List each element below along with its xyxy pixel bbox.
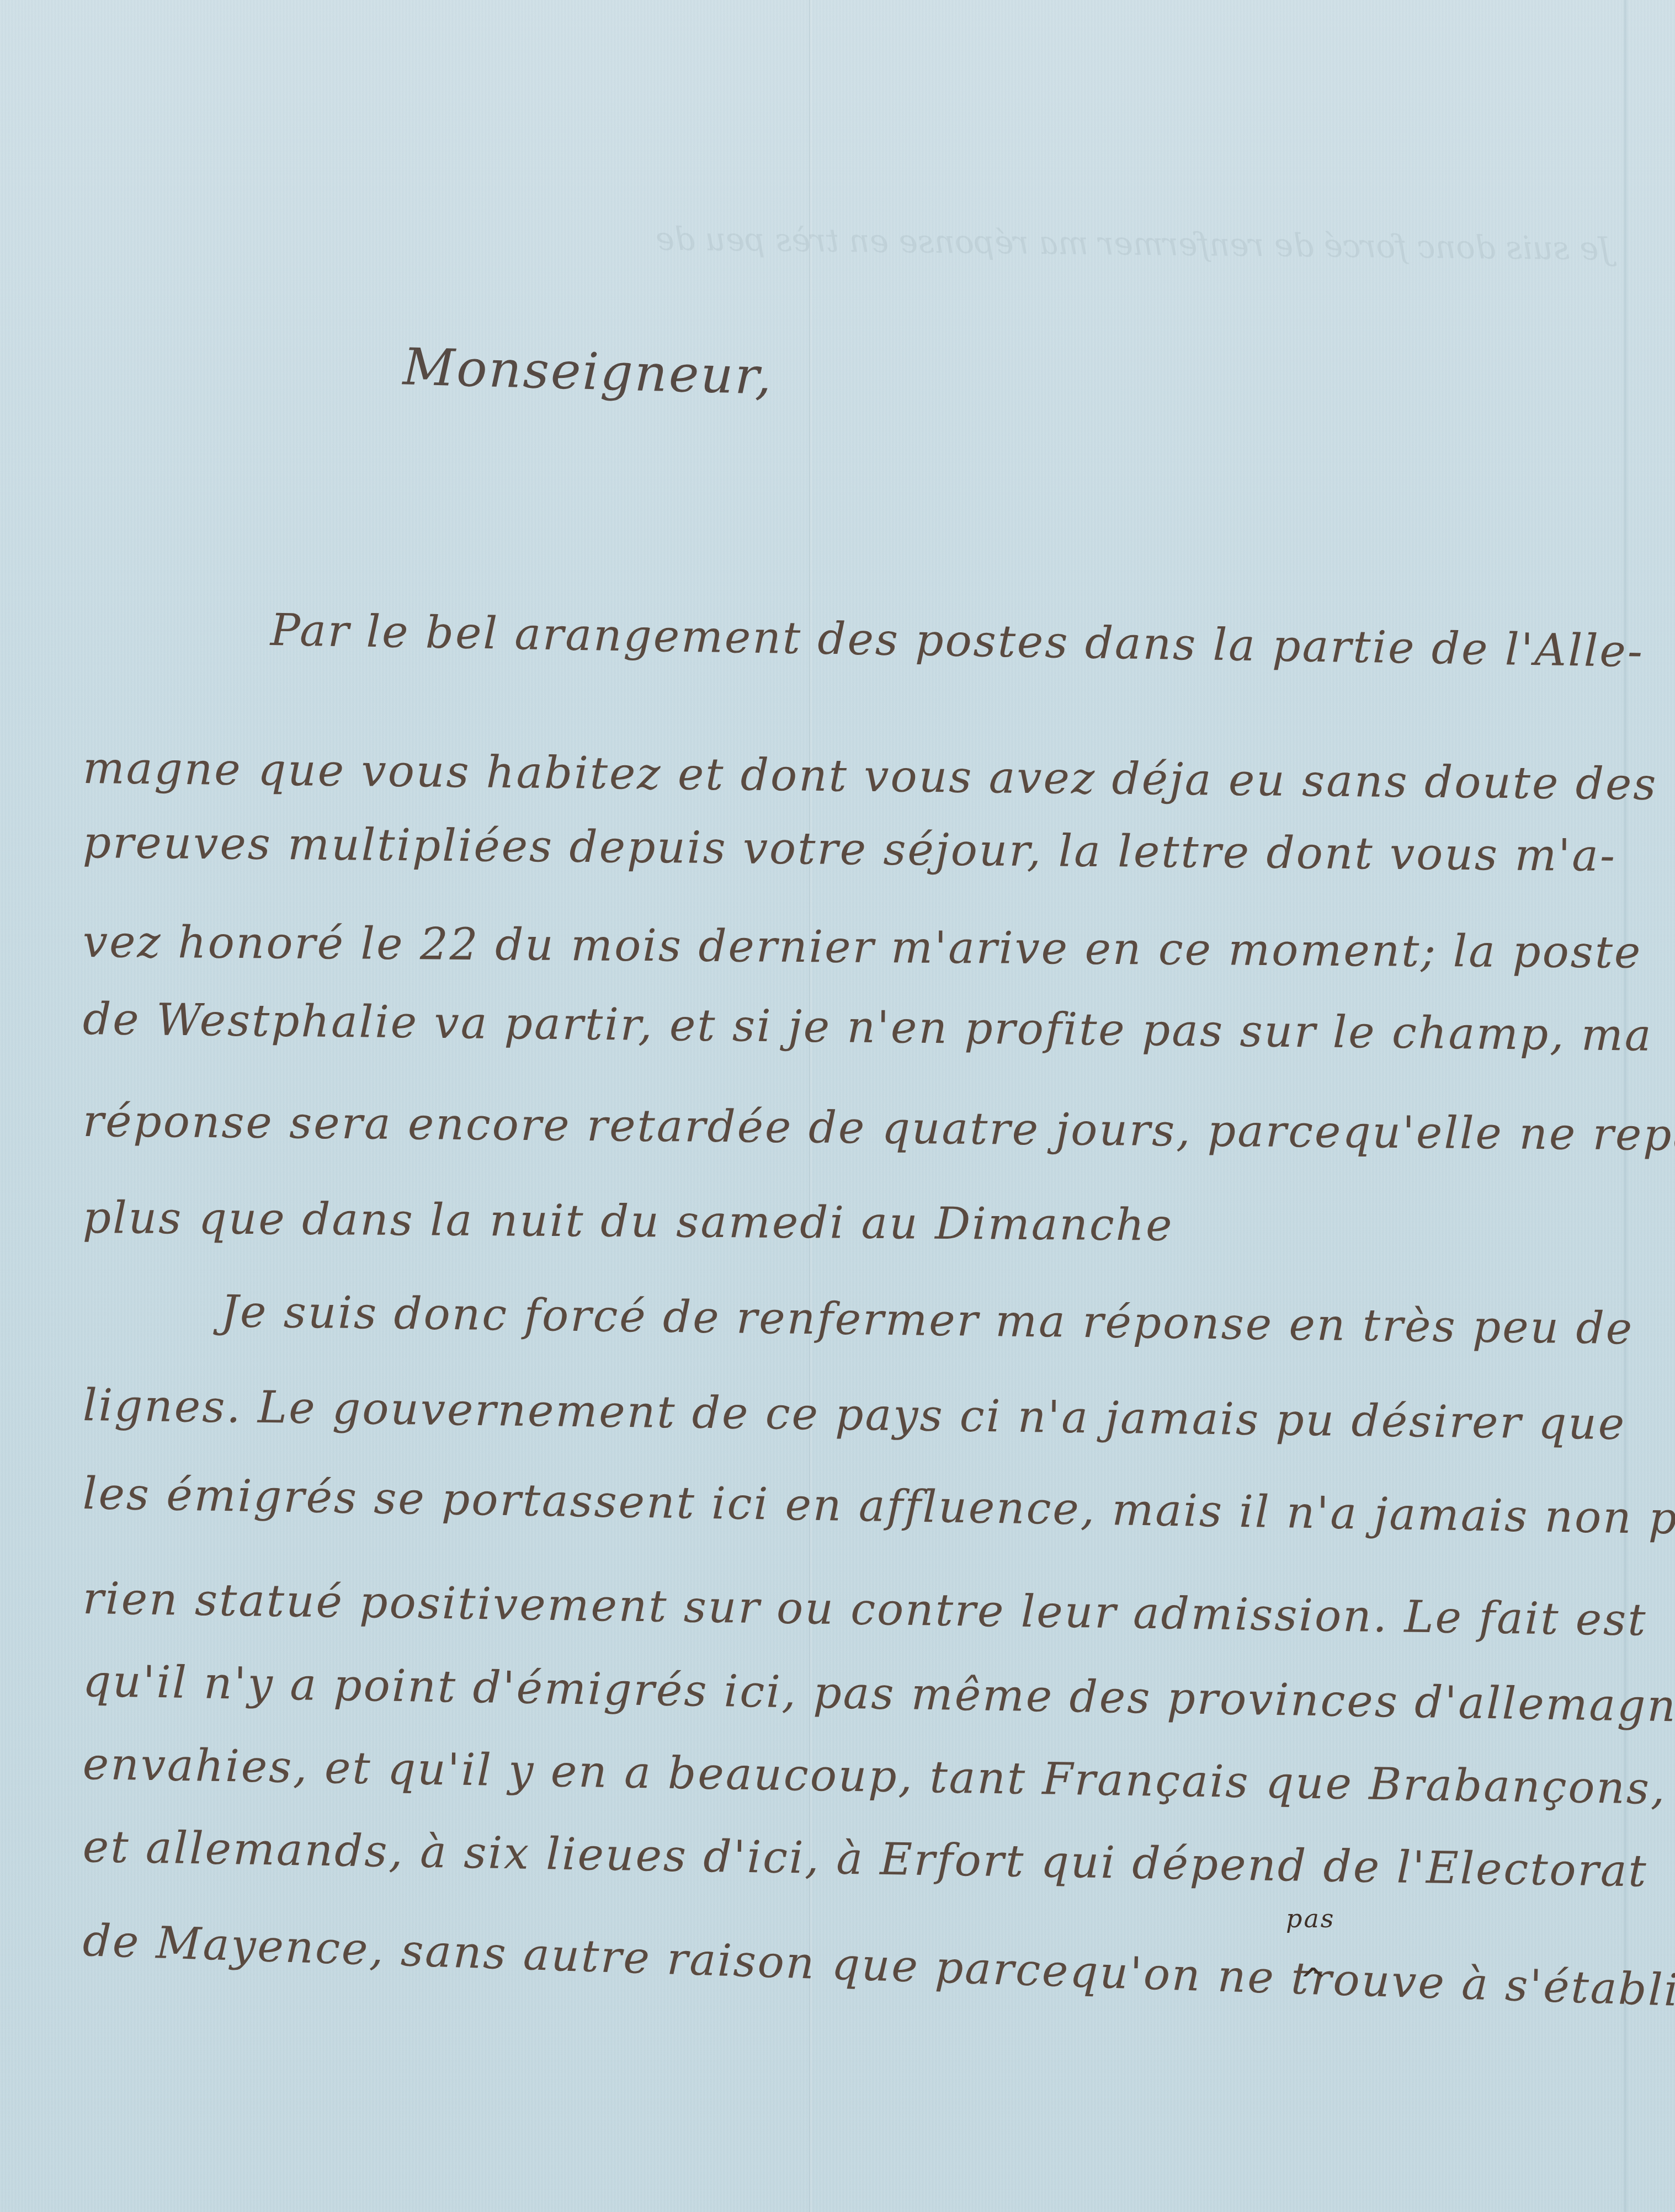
letter-line: réponse sera encore retardée de quatre j… [83,1095,1675,1161]
letter-line: plus que dans la nuit du samedi au Diman… [83,1192,1174,1251]
letter-line: rien statué positivement sur ou contre l… [82,1573,1647,1646]
bleed-through-text: Je suis donc forcé de renfermer ma répon… [66,201,1612,279]
letter-line: Je suis donc forcé de renfermer ma répon… [220,1286,1634,1354]
letter-line: envahies, et qu'il y en a beaucoup, tant… [82,1738,1675,1817]
interlinear-insertion: pas [1286,1904,1335,1933]
letter-line: lignes. Le gouvernement de ce pays ci n'… [82,1379,1626,1449]
letter-page: Je suis donc forcé de renfermer ma répon… [0,0,1675,2212]
letter-line: et allemands, à six lieues d'ici, à Erfo… [82,1821,1648,1897]
letter-line: magne que vous habitez et dont vous avez… [83,742,1658,810]
letter-line: de Westphalie va partir, et si je n'en p… [83,993,1653,1061]
letter-line: Par le bel arangement des postes dans la… [270,604,1644,677]
insertion-caret-icon: ^ [1300,1962,1328,1999]
letter-line: les émigrés se portassent ici en affluen… [82,1468,1675,1545]
salutation: Monseigneur, [402,337,774,406]
letter-line: de Mayence, sans autre raison que parceq… [82,1915,1675,2017]
letter-line: qu'il n'y a point d'émigrés ici, pas mêm… [82,1655,1675,1732]
letter-line: vez honoré le 22 du mois dernier m'arive… [83,916,1642,978]
letter-line: preuves multipliées depuis votre séjour,… [83,817,1617,881]
